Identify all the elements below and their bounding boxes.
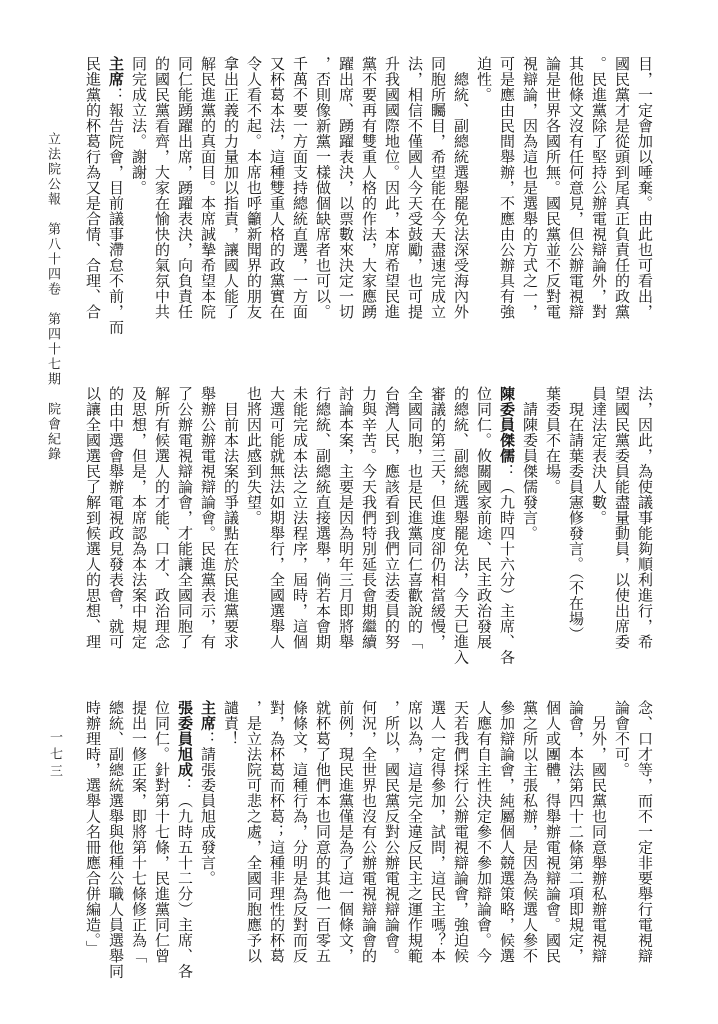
text-column: 令人看不起。本席也呼籲新聞界的朋友 <box>241 56 264 358</box>
text-column: 參加辯論會，純屬個人競選策略，候選 <box>494 700 517 1002</box>
text-column: 個人或團體，得舉辦電視辯論會。國民 <box>540 700 563 1002</box>
text-column: 視辯論，因為這也是選舉的方式之一， <box>517 56 540 358</box>
text-column: 力與辛苦。今天我們特別延長會期繼續 <box>356 386 379 688</box>
text-column: 位同仁。攸關國家前途、民主政治發展 <box>471 386 494 688</box>
text-column: 同完成立法。謝謝。 <box>126 56 149 358</box>
text-column: 的總統、副總統選舉罷免法，今天已進入 <box>448 386 471 688</box>
text-column: 現在請葉委員憲修發言。（不在場） <box>563 386 586 688</box>
text-column: 其他條文沒有任何意見，但公辦電視辯 <box>563 56 586 358</box>
text-column: 位同仁。針對第十七條，民進黨同仁曾 <box>149 700 172 1002</box>
text-column: 對，為杯葛而杯葛；這種非理性的杯葛 <box>264 700 287 1002</box>
text-column: 望國民黨委員能盡量動員，以使出席委 <box>609 386 632 688</box>
text-column: 審議的第三天，但進度卻仍相當緩慢， <box>425 386 448 688</box>
text-column: 躍出席、踴躍表決，以票數來決定一切 <box>333 56 356 358</box>
speaker-name: 主席 <box>107 56 123 87</box>
page-number: 一七三 <box>46 730 65 781</box>
text-column: 條條文，這種行為，分明是為反對而反 <box>287 700 310 1002</box>
text-column: 法，因此，為使議事能夠順利進行，希 <box>632 386 655 688</box>
text-column: 念、口才等，而不一定非要舉行電視辯 <box>632 700 655 1002</box>
text-column: 何況，全世界也沒有公辦電視辯論會的 <box>356 700 379 1002</box>
text-column: 總統、副總統選舉與他種公職人員選舉同 <box>103 700 126 1002</box>
text-column: 席以為，這是完全違反民主之運作規範 <box>402 700 425 1002</box>
speaker-name: 陳委員傑儒 <box>498 386 514 464</box>
text-column: 拿出正義的力量加以指責，讓國人能了 <box>218 56 241 358</box>
text-column: ，否則像新黨一樣做個缺席者也可以。 <box>310 56 333 358</box>
text-column: 主席：請張委員旭成發言。 <box>195 700 218 1002</box>
text-column: 提出一修正案，即將第十七條修正為「 <box>126 700 149 1002</box>
text-band-middle: 法，因此，為使議事能夠順利進行，希望國民黨委員能盡量動員，以使出席委員達法定表決… <box>80 386 655 688</box>
text-column: 張委員旭成：（九時五十二分）主席、各 <box>172 700 195 1002</box>
text-column: 大選可能就無法如期舉行，全國選舉人 <box>264 386 287 688</box>
text-column: 譴責！ <box>218 700 241 1002</box>
text-column: 又杯葛本法，這種雙重人格的政黨實在 <box>264 56 287 358</box>
text-column: 的國民黨看齊，大家在愉快的氣氛中共 <box>149 56 172 358</box>
text-column: 國民黨才是從頭到尾真正負責任的政黨 <box>609 56 632 358</box>
text-column: 迫性。 <box>471 56 494 358</box>
text-column: 民進黨的杯葛行為又是合情、合理、合 <box>80 56 103 358</box>
text-column: 總統、副總統選舉罷免法深受海內外 <box>448 56 471 358</box>
text-column: 就杯葛了他們本也同意的其他一百零五 <box>310 700 333 1002</box>
text-column: 法，相信不僅國人今天受鼓勵，也可提 <box>402 56 425 358</box>
text-column: 升我國國際地位。因此，本席希望民進 <box>379 56 402 358</box>
text-column: ，所以，國民黨反對公辦電視辯論會。 <box>379 700 402 1002</box>
speaker-name: 張委員旭成 <box>176 700 192 778</box>
text-column: 時辦理時，選舉人名冊應合併編造。」 <box>80 700 103 1002</box>
text-column: 討論本案，主要是因為明年三月即將舉 <box>333 386 356 688</box>
text-column: 論會，本法第四十二條第二項即規定， <box>563 700 586 1002</box>
speaker-name: 主席 <box>199 700 215 731</box>
text-column: 葉委員不在場。 <box>540 386 563 688</box>
text-column: 解所有候選人的才能、口才、政治理念 <box>149 386 172 688</box>
text-column: 目前本法案的爭議點在於民進黨要求 <box>218 386 241 688</box>
text-column: 舉辦公辦電視辯論會。民進黨表示，有 <box>195 386 218 688</box>
text-column: 黨不要再有雙重人格的作法，大家應踴 <box>356 56 379 358</box>
text-column: 。民進黨除了堅持公辦電視辯論外，對 <box>586 56 609 358</box>
text-column: 未能完成本法之立法程序，屆時，這個 <box>287 386 310 688</box>
text-column: 陳委員傑儒：（九時四十六分）主席、各 <box>494 386 517 688</box>
text-column: 了公辦電視辯論會，才能讓全國同胞了 <box>172 386 195 688</box>
text-column: ，是立法院可悲之處，全國同胞應予以 <box>241 700 264 1002</box>
text-column: 行總統、副總統直接選舉，倘若本會期 <box>310 386 333 688</box>
text-column: 請陳委員傑儒發言。 <box>517 386 540 688</box>
text-column: 前例，現民進黨僅是為了這一個條文， <box>333 700 356 1002</box>
text-column: 論是世界各國所無。國民黨並不反對電 <box>540 56 563 358</box>
text-column: 另外，國民黨也同意舉辦私辦電視辯 <box>586 700 609 1002</box>
text-band-top: 目，一定會加以唾棄。由此也可看出，國民黨才是從頭到尾真正負責任的政黨。民進黨除了… <box>80 56 655 358</box>
text-column: 論會不可。 <box>609 700 632 1002</box>
text-column: 同胞所矚目，希望能在今天盡速完成立 <box>425 56 448 358</box>
text-column: 千萬不要一方面支持總統直選，一方面 <box>287 56 310 358</box>
text-column: 人應有自主性決定參不參加辯論會。今 <box>471 700 494 1002</box>
text-column: 全國同胞，也是民進黨同仁喜歡說的「 <box>402 386 425 688</box>
text-column: 也將因此感到失望。 <box>241 386 264 688</box>
text-column: 主席：報告院會，目前議事滯怠不前，而 <box>103 56 126 358</box>
text-column: 解民進黨的真面目。本席誠摯希望本院 <box>195 56 218 358</box>
text-band-bottom: 念、口才等，而不一定非要舉行電視辯論會不可。 另外，國民黨也同意舉辦私辦電視辯論… <box>80 700 655 1002</box>
gazette-page: 立法院公報 第八十四卷 第四十七期 院會紀錄 一七三 目，一定會加以唾棄。由此也… <box>0 0 718 1024</box>
text-column: 員達法定表決人數。 <box>586 386 609 688</box>
text-column: 可是應由民間舉辦，不應由公辦具有強 <box>494 56 517 358</box>
text-column: 以讓全國選民了解到候選人的思想、理 <box>80 386 103 688</box>
text-column: 同仁能踴躍出席，踴躍表決，向負責任 <box>172 56 195 358</box>
text-column: 目，一定會加以唾棄。由此也可看出， <box>632 56 655 358</box>
text-column: 台灣人民，應該看到我們立法委員的努 <box>379 386 402 688</box>
gutter-volume-label: 立法院公報 第八十四卷 第四十七期 院會紀錄 <box>44 132 63 462</box>
text-column: 及思想，但是，本席認為本法案中規定 <box>126 386 149 688</box>
text-column: 選人一定得參加，試問，這民主嗎？本 <box>425 700 448 1002</box>
text-column: 天若我們採行公辦電視辯論會，強迫候 <box>448 700 471 1002</box>
text-column: 的由中選會舉辦電視政見發表會，就可 <box>103 386 126 688</box>
text-column: 黨之所以主張私辦，是因為候選人參不 <box>517 700 540 1002</box>
